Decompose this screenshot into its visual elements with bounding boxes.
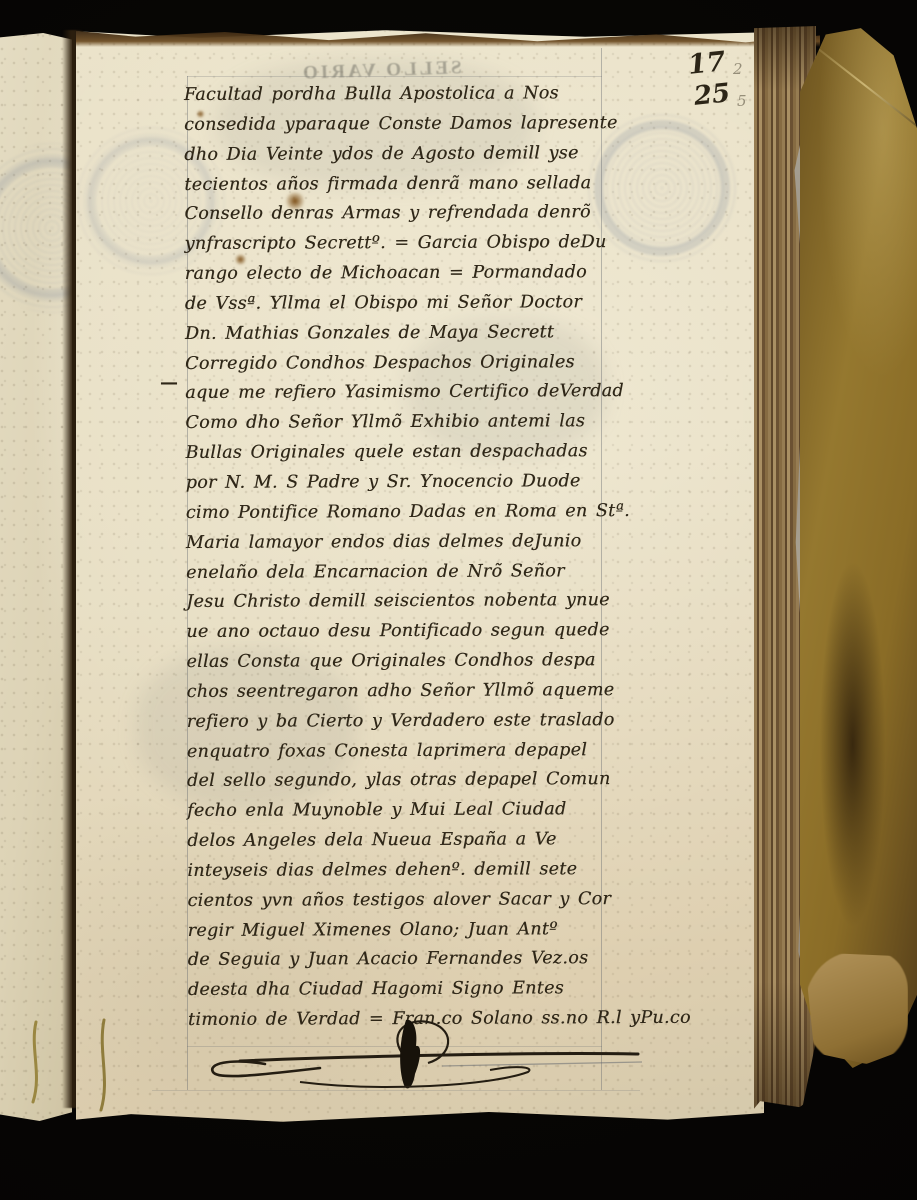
manuscript-line: deesta dha Ciudad Hagomi Signo Entes (188, 974, 632, 1006)
manuscript-line: Facultad pordha Bulla Apostolica a Nos (184, 79, 628, 111)
margin-dash: — (160, 372, 178, 393)
manuscript-line: de Seguia y Juan Acacio Fernandes Vez.os (188, 944, 632, 976)
manuscript-line: Dn. Mathias Gonzales de Maya Secrett (185, 318, 629, 350)
manuscript-line: delos Angeles dela Nueua España a Ve (187, 825, 631, 857)
manuscript-line: refiero y ba Cierto y Verdadero este tra… (187, 706, 631, 738)
notarial-sign-flourish (180, 1012, 660, 1107)
manuscript-line: del sello segundo, ylas otras depapel Co… (187, 765, 631, 797)
manuscript-line: Jesu Christo demill seiscientos nobenta … (186, 586, 630, 618)
manuscript-line: Corregido Condhos Despachos Originales (185, 348, 629, 380)
manuscript-text-block: Facultad pordha Bulla Apostolica a Nosco… (184, 79, 632, 1036)
manuscript-line: fecho enla Muynoble y Mui Leal Ciudad (187, 795, 631, 827)
manuscript-line: Consello denras Armas y refrendada denrõ (184, 198, 628, 230)
manuscript-line: cimo Pontifice Romano Dadas en Roma en S… (186, 497, 630, 529)
manuscript-line: ynfrascripto Secrettº. = Garcia Obispo d… (185, 228, 629, 260)
manuscript-line: de Vssª. Yllma el Obispo mi Señor Doctor (185, 288, 629, 320)
manuscript-line: ue ano octauo desu Pontificado segun que… (186, 616, 630, 648)
binding-thread (0, 1018, 140, 1128)
manuscript-line: consedida yparaque Conste Damos lapresen… (184, 109, 628, 141)
photograph-of-manuscript: SELLO VARIO 17 25 2 5 Facultad pordha Bu… (0, 0, 917, 1200)
manuscript-line: inteyseis dias delmes dehenº. demill set… (187, 855, 631, 887)
manuscript-line: cientos yvn años testigos alover Sacar y… (187, 885, 631, 917)
manuscript-line: rango electo de Michoacan = Pormandado (185, 258, 629, 290)
manuscript-line: enelaño dela Encarnacion de Nrõ Señor (186, 557, 630, 589)
manuscript-line: aque me refiero Yasimismo Certifico deVe… (185, 377, 629, 409)
vellum-cover (800, 24, 917, 1068)
folio-faint-mark-lower: 5 (737, 92, 747, 110)
manuscript-line: Maria lamayor endos dias delmes deJunio (186, 527, 630, 559)
vellum-fold-line (805, 38, 917, 132)
manuscript-line: ellas Consta que Originales Condhos desp… (186, 646, 630, 678)
manuscript-line: chos seentregaron adho Señor Yllmõ aquem… (187, 676, 631, 708)
manuscript-line: por N. M. S Padre y Sr. Ynocencio Duode (186, 467, 630, 499)
manuscript-line: Bullas Originales quele estan despachada… (185, 437, 629, 469)
folio-number-lower: 25 (693, 78, 732, 112)
manuscript-line: Como dho Señor Yllmõ Exhibio antemi las (185, 407, 629, 439)
folio-number-upper: 17 (686, 46, 727, 81)
manuscript-line: enquatro foxas Conesta laprimera depapel (187, 736, 631, 768)
vellum-cover-flap (804, 952, 908, 1064)
folio-faint-mark-upper: 2 (733, 60, 743, 78)
manuscript-line: regir Miguel Ximenes Olano; Juan Antº (188, 915, 632, 947)
manuscript-line: dho Dia Veinte ydos de Agosto demill yse (184, 139, 628, 171)
manuscript-line: tecientos años firmada denrã mano sellad… (184, 169, 628, 201)
